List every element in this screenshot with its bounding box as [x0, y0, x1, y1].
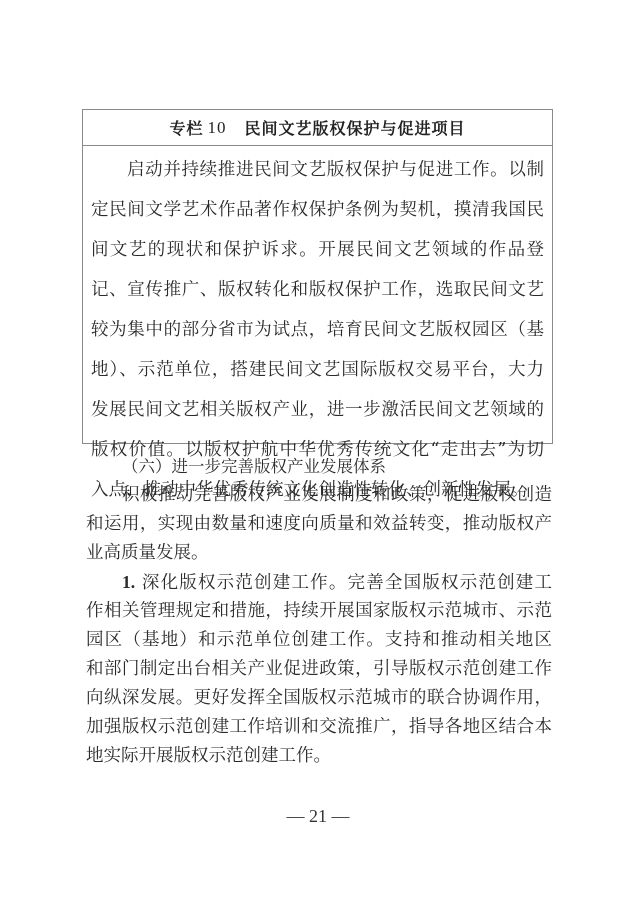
paragraph-line: 和运用，实现由数量和速度向质量和效益转变，推动版权产	[86, 510, 552, 539]
main-text: （六）进一步完善版权产业发展体系 积极推动完善版权产业发展制度和政策，促进版权创…	[86, 452, 552, 771]
paragraph-line: 业高质量发展。	[86, 539, 552, 568]
item-number: 1.	[122, 572, 135, 592]
section-heading: （六）进一步完善版权产业发展体系	[86, 452, 552, 481]
paragraph-line: 加强版权示范创建工作培训和交流推广，指导各地区结合本	[86, 713, 552, 742]
box-line: 地）、示范单位，搭建民间文艺国际版权交易平台，大力	[91, 350, 544, 390]
box-title-text: 民间文艺版权保护与促进项目	[245, 116, 466, 139]
paragraph-line: 和部门制定出台相关产业促进政策，引导版权示范创建工作	[86, 655, 552, 684]
box-line: 启动并持续推进民间文艺版权保护与促进工作。以制	[91, 150, 544, 190]
box-title-number: 10	[208, 118, 227, 138]
box-line: 较为集中的部分省市为试点，培育民间文艺版权园区（基	[91, 310, 544, 350]
page-number: — 21 —	[0, 806, 636, 827]
box-line: 定民间文学艺术作品著作权保护条例为契机，摸清我国民	[91, 190, 544, 230]
box-title-prefix: 专栏	[169, 116, 203, 139]
item-first-line: 1. 深化版权示范创建工作。完善全国版权示范创建工	[86, 568, 552, 597]
item-title: 深化版权示范创建工作。完善全国版权示范创建工	[142, 573, 552, 593]
box-line: 发展民间文艺相关版权产业，进一步激活民间文艺领域的	[91, 390, 544, 430]
box-line: 间文艺的现状和保护诉求。开展民间文艺领域的作品登	[91, 230, 544, 270]
box-title: 专栏 10 民间文艺版权保护与促进项目	[83, 110, 552, 146]
box-line: 记、宣传推广、版权转化和版权保护工作，选取民间文艺	[91, 270, 544, 310]
paragraph-line: 园区（基地）和示范单位创建工作。支持和推动相关地区	[86, 626, 552, 655]
paragraph-line: 作相关管理规定和措施，持续开展国家版权示范城市、示范	[86, 597, 552, 626]
paragraph-line: 积极推动完善版权产业发展制度和政策，促进版权创造	[86, 481, 552, 510]
special-column-box: 专栏 10 民间文艺版权保护与促进项目 启动并持续推进民间文艺版权保护与促进工作…	[82, 109, 553, 444]
paragraph-line: 地实际开展版权示范创建工作。	[86, 742, 552, 771]
paragraph-line: 向纵深发展。更好发挥全国版权示范城市的联合协调作用，	[86, 684, 552, 713]
